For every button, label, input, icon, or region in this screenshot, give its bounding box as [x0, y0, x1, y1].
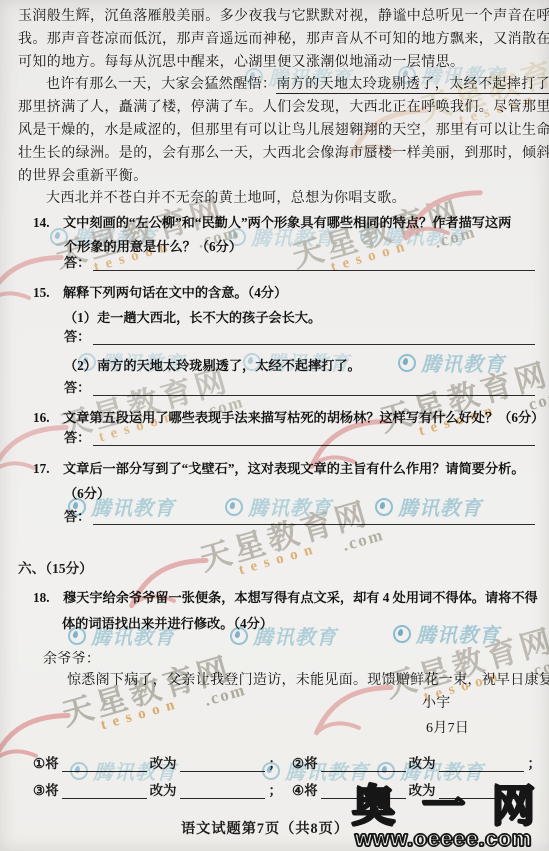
answer-label: 答：	[64, 326, 90, 345]
question-number: 14.	[33, 215, 63, 231]
passage-line: 壮生长的绿洲。是的，会有那么一天，大西北会像海市蜃楼一样美丽，到那时，倾斜了	[18, 143, 549, 166]
fill-item-2: ②将改为；	[292, 755, 541, 772]
fill-separator: ；	[528, 752, 542, 772]
fill-word: 改为	[409, 752, 436, 772]
question-text: 穆天宇给余爷爷留一张便条，本想写得有点文采，却有 4 处用词不得体。请将不得	[63, 590, 538, 605]
passage-line: 我。那声音苍凉而低沉，那声音遥远而神秘，那声音从不可知的地方飘来，又消散在不	[18, 29, 549, 52]
question-18-line-2: 体的词语找出来并进行修改。（4分）	[62, 613, 273, 632]
note-body: 惊悉阁下病了，父亲让我登门造访，未能见面。现馈赠鲜花一束，祝早日康复！	[67, 669, 549, 689]
answer-label: 答：	[64, 506, 90, 525]
exam-page: 玉润般生辉，沉鱼落雁般美丽。多少夜我与它默默对视，静谧中总听见一个声音在呼喊 我…	[0, 0, 549, 851]
answer-blank	[93, 329, 535, 345]
passage-line: 那里挤满了人，矗满了楼，停满了车。人们会发现，大西北正在呼唤我们。尽管那里的	[18, 97, 549, 120]
answer-line-q14: 答：	[64, 253, 535, 271]
fill-separator: ；	[269, 752, 283, 772]
note-date: 6月7日	[426, 717, 469, 737]
passage-line: 可知的地方。每每从沉思中醒来，心湖里便又涨潮似地涌动一层情思。	[18, 52, 549, 75]
fill-item-1: ①将改为；	[33, 755, 282, 772]
fill-word: 将	[304, 779, 318, 799]
answer-blank	[93, 509, 535, 525]
page-content: 玉润般生辉，沉鱼落雁般美丽。多少夜我与它默默对视，静谧中总听见一个声音在呼喊 我…	[0, 0, 549, 851]
circled-number: ③	[33, 783, 45, 799]
fill-blank	[180, 784, 265, 799]
question-17-line-2: （6分）	[64, 483, 110, 502]
answer-label: 答：	[64, 427, 90, 446]
note-salutation: 余爷爷：	[43, 648, 100, 668]
fill-separator: ；	[269, 779, 283, 799]
circled-number: ④	[292, 783, 304, 799]
fill-in-row-1: ①将改为； ②将改为；	[33, 755, 541, 772]
oeeee-logo-char: 奥	[352, 785, 395, 829]
page-footer: 语文试题第7页（共8页）	[150, 818, 380, 838]
reading-passage: 玉润般生辉，沉鱼落雁般美丽。多少夜我与它默默对视，静谧中总听见一个声音在呼喊 我…	[18, 6, 549, 211]
question-number: 18.	[33, 590, 63, 606]
question-text: 文章后一部分写到了“戈壁石”，这对表现文章的主旨有什么作用？请简要分析。	[63, 461, 525, 476]
circled-number: ②	[292, 756, 304, 772]
passage-line: 大西北并不苍白并不无奈的黄土地呵，总想为你唱支歌。	[18, 188, 549, 211]
answer-blank	[93, 255, 535, 271]
question-15-line-1: 15.解释下列两句话在文中的含意。（4分）	[33, 282, 287, 301]
fill-item-3: ③将改为；	[33, 782, 282, 799]
question-number: 16.	[33, 410, 63, 426]
fill-blank	[62, 757, 147, 772]
question-15-sub-1: （1）走一趟大西北，长不大的孩子会长大。	[64, 307, 321, 326]
passage-line: 的世界会重新平衡。	[18, 166, 549, 189]
oeeee-logo-char: 网	[492, 785, 535, 829]
question-text: 解释下列两句话在文中的含意。（4分）	[63, 285, 287, 300]
answer-label: 答：	[64, 377, 90, 396]
fill-word: 改为	[150, 779, 177, 799]
underlined-sentence: 南方的天地太玲珑剔透了，太经不起摔打了。	[276, 77, 549, 94]
answer-line-q16: 答：	[64, 428, 535, 446]
question-text: 文中刻画的“左公柳”和“民勤人”两个形象具有哪些相同的特点？作者描写这两	[63, 215, 511, 230]
answer-line-q15-2: 答：	[64, 378, 535, 396]
answer-blank	[93, 380, 535, 396]
question-number: 15.	[33, 285, 63, 301]
oeeee-logo-char: 一	[422, 785, 465, 829]
oeeee-logo: 奥 一 网	[352, 785, 535, 829]
question-number: 17.	[33, 461, 63, 477]
answer-line-q17: 答：	[64, 507, 535, 525]
fill-blank	[180, 757, 265, 772]
passage-line: 玉润般生辉，沉鱼落雁般美丽。多少夜我与它默默对视，静谧中总听见一个声音在呼喊	[18, 6, 549, 29]
answer-line-q15-1: 答：	[64, 327, 535, 345]
answer-label: 答：	[64, 252, 90, 271]
fill-word: 改为	[150, 752, 177, 772]
passage-line: 风是干燥的，水是咸涩的，但那里有可以让鸟儿展翅翱翔的天空，那里有可以让生命茁	[18, 120, 549, 143]
fill-blank	[439, 757, 524, 772]
question-16-line-1: 16.文章第五段运用了哪些表现手法来描写枯死的胡杨林？这样写有什么好处？（6分）	[33, 407, 544, 426]
question-14-line-1: 14.文中刻画的“左公柳”和“民勤人”两个形象具有哪些相同的特点？作者描写这两	[33, 212, 511, 231]
oeeee-url: www.oeeee.com	[355, 826, 532, 851]
fill-blank	[321, 757, 406, 772]
fill-word: 将	[45, 752, 59, 772]
question-18-line-1: 18.穆天宇给余爷爷留一张便条，本想写得有点文采，却有 4 处用词不得体。请将不…	[33, 587, 538, 606]
fill-word: 将	[304, 752, 318, 772]
circled-number: ①	[33, 756, 45, 772]
question-text: 文章第五段运用了哪些表现手法来描写枯死的胡杨林？这样写有什么好处？（6分）	[63, 410, 544, 425]
passage-line: 也许有那么一天，大家会猛然醒悟：南方的天地太玲珑剔透了，太经不起摔打了。	[18, 74, 549, 97]
question-17-line-1: 17.文章后一部分写到了“戈壁石”，这对表现文章的主旨有什么作用？请简要分析。	[33, 458, 525, 477]
question-15-sub-2: （2）南方的天地太玲珑剔透了，太经不起摔打了。	[64, 355, 361, 374]
note-signature: 小宇	[422, 692, 451, 712]
passage-text: 也许有那么一天，大家会猛然醒悟：	[46, 77, 276, 92]
fill-word: 将	[45, 779, 59, 799]
section-6-heading: 六、（15分）	[18, 557, 93, 577]
fill-blank	[62, 784, 147, 799]
answer-blank	[93, 430, 535, 446]
